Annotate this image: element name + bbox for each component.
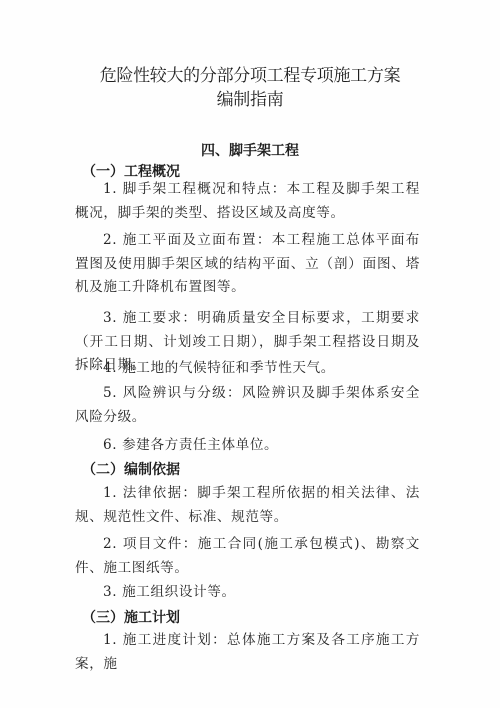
subsection-heading-plan: （三）施工计划 [82,607,180,627]
list-item: 3. 施工组织设计等。 [75,581,420,605]
document-title-line1: 危险性较大的分部分项工程专项施工方案 [0,64,500,88]
list-item: 2. 项目文件：施工合同(施工承包模式)、勘察文件、施工图纸等。 [75,533,420,580]
list-item: 1. 法律依据：脚手架工程所依据的相关法律、法规、规范性文件、标准、规范等。 [75,482,420,529]
list-item: 1. 脚手架工程概况和特点：本工程及脚手架工程概况，脚手架的类型、搭设区域及高度… [75,178,420,225]
subsection-heading-basis: （二）编制依据 [82,459,180,479]
list-item: 6. 参建各方责任主体单位。 [75,434,420,458]
section-heading: 四、脚手架工程 [0,140,500,160]
list-item: 4. 施工地的气候特征和季节性天气。 [75,357,420,381]
list-item: 1. 施工进度计划：总体施工方案及各工序施工方案，施 [75,629,420,676]
list-item: 2. 施工平面及立面布置：本工程施工总体平面布置图及使用脚手架区域的结构平面、立… [75,229,420,300]
document-page: 危险性较大的分部分项工程专项施工方案 编制指南 四、脚手架工程 （一）工程概况 … [0,0,500,708]
list-item: 5. 风险辨识与分级：风险辨识及脚手架体系安全风险分级。 [75,382,420,429]
document-title-line2: 编制指南 [0,88,500,112]
